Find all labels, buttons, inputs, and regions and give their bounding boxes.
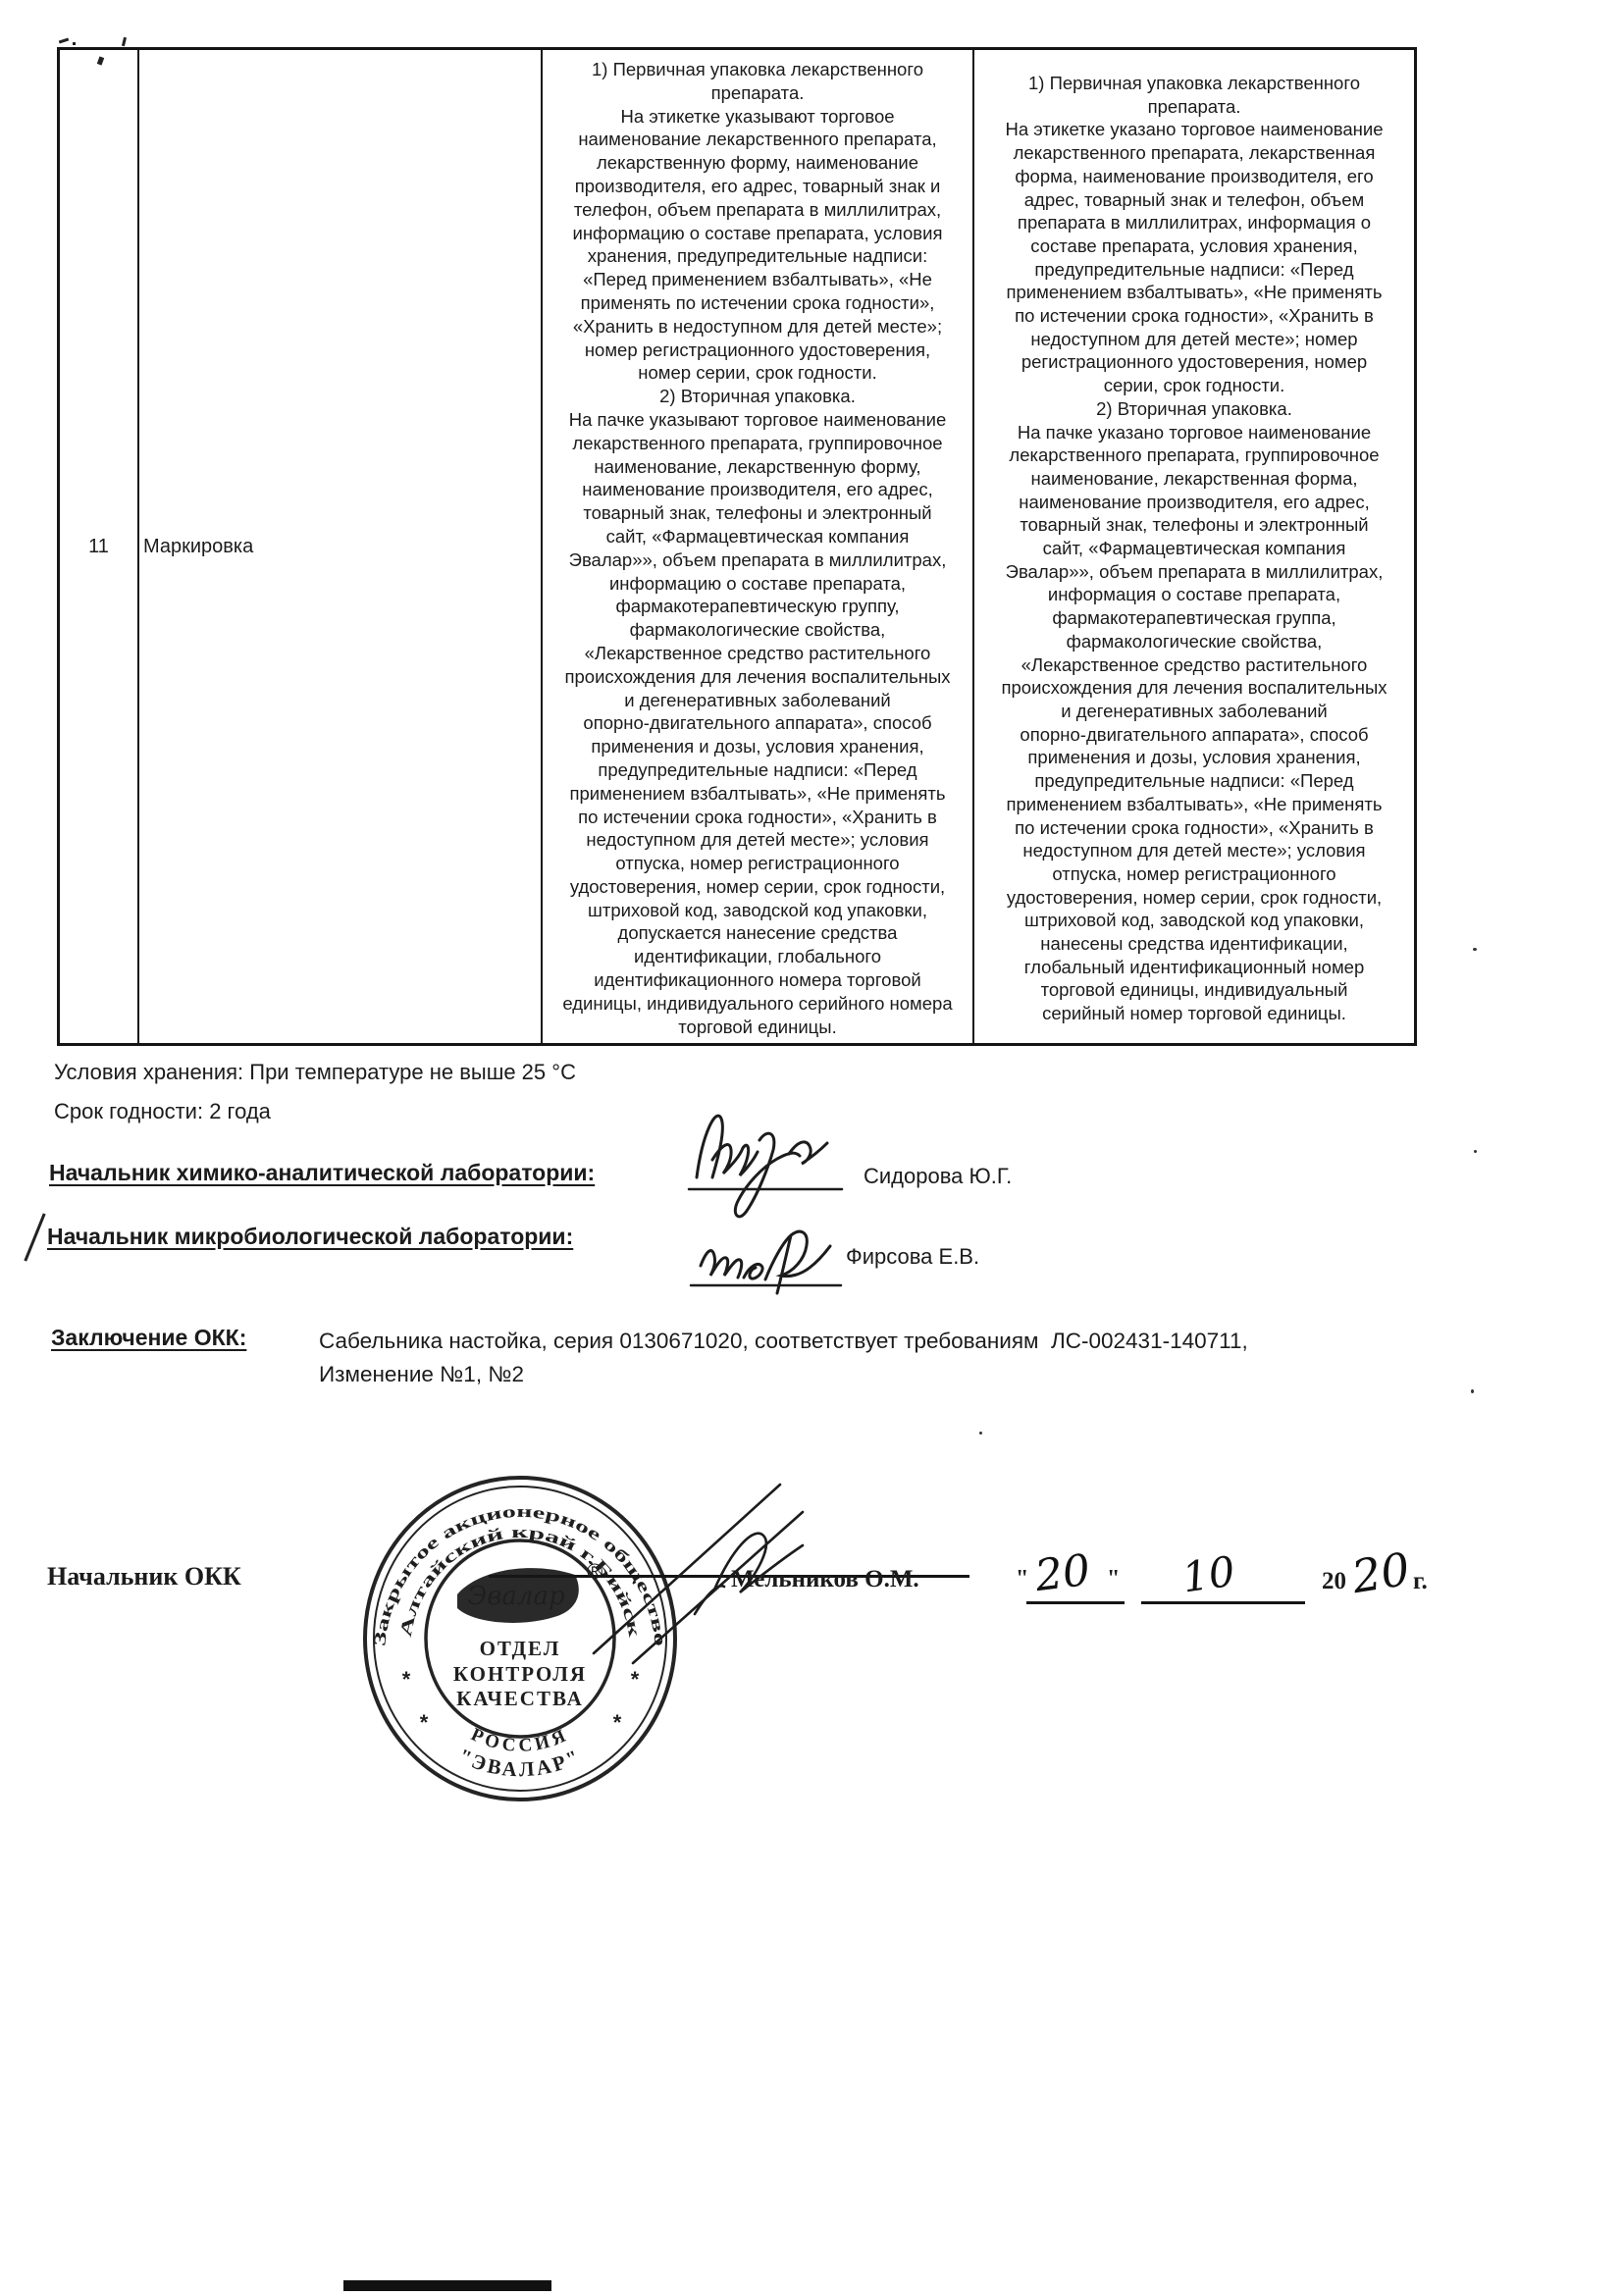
- micro-lab-name: Фирсова Е.В.: [846, 1244, 979, 1270]
- okk-head-label: Начальник ОКК: [47, 1562, 241, 1592]
- scanned-document-page: 11 Маркировка 1) Первичная упаковка лека…: [0, 0, 1623, 2296]
- okk-conclusion-text: Сабельника настойка, серия 0130671020, с…: [319, 1325, 1447, 1391]
- marking-table: 11 Маркировка 1) Первичная упаковка лека…: [57, 47, 1417, 1046]
- scan-artifact: [1474, 1150, 1477, 1153]
- row-label: Маркировка: [143, 536, 253, 558]
- date-close-quote: ": [1107, 1566, 1120, 1592]
- requirements-cell: 1) Первичная упаковка лекарственного пре…: [543, 50, 972, 1043]
- date-month-underline: [1141, 1601, 1305, 1604]
- pen-mark: [122, 37, 127, 46]
- date-open-quote: ": [1016, 1566, 1028, 1592]
- stamp-star: *: [402, 1667, 411, 1692]
- row-label-cell: Маркировка: [139, 50, 541, 1043]
- date-year-handwritten: 20: [1348, 1542, 1413, 1603]
- date-month-handwritten: 10: [1179, 1547, 1238, 1602]
- stamp-center-line1: ОТДЕЛ: [480, 1637, 561, 1660]
- evalar-logo-text: Эвалар: [467, 1582, 565, 1611]
- okk-head-name: Мельников О.М.: [731, 1566, 919, 1593]
- pen-mark: [73, 42, 76, 45]
- pen-mark: [59, 38, 69, 44]
- stamp-star: *: [420, 1710, 429, 1735]
- scan-artifact: [1471, 1389, 1474, 1393]
- date-year-suffix: г.: [1413, 1568, 1428, 1595]
- micro-lab-label: Начальник микробиологической лаборатории…: [47, 1224, 573, 1250]
- scan-artifact: [1473, 948, 1477, 951]
- signature-firsova: [689, 1219, 861, 1307]
- date-year-prefix: 20: [1322, 1568, 1346, 1595]
- okk-conclusion-label: Заключение ОКК:: [51, 1325, 246, 1351]
- pen-mark-slash: [24, 1213, 45, 1261]
- row-number: 11: [88, 536, 109, 558]
- stamp-center-line2: КОНТРОЛЯ: [453, 1662, 587, 1686]
- date-day-handwritten: 20: [1032, 1545, 1093, 1601]
- chem-lab-name: Сидорова Ю.Г.: [864, 1164, 1012, 1189]
- results-cell: 1) Первичная упаковка лекарственного пре…: [974, 50, 1412, 1043]
- stamp-star: *: [613, 1710, 622, 1735]
- chem-lab-label: Начальник химико-аналитической лаборатор…: [49, 1160, 595, 1186]
- scan-artifact: [979, 1432, 982, 1435]
- row-number-cell: 11: [60, 50, 137, 1043]
- storage-conditions: Условия хранения: При температуре не выш…: [54, 1060, 576, 1085]
- bottom-scan-strip: [343, 2280, 551, 2291]
- shelf-life: Срок годности: 2 года: [54, 1099, 271, 1124]
- stamp-center-line3: КАЧЕСТВА: [456, 1687, 584, 1710]
- signature-sidorova: [687, 1099, 873, 1236]
- date-day-underline: [1026, 1601, 1125, 1604]
